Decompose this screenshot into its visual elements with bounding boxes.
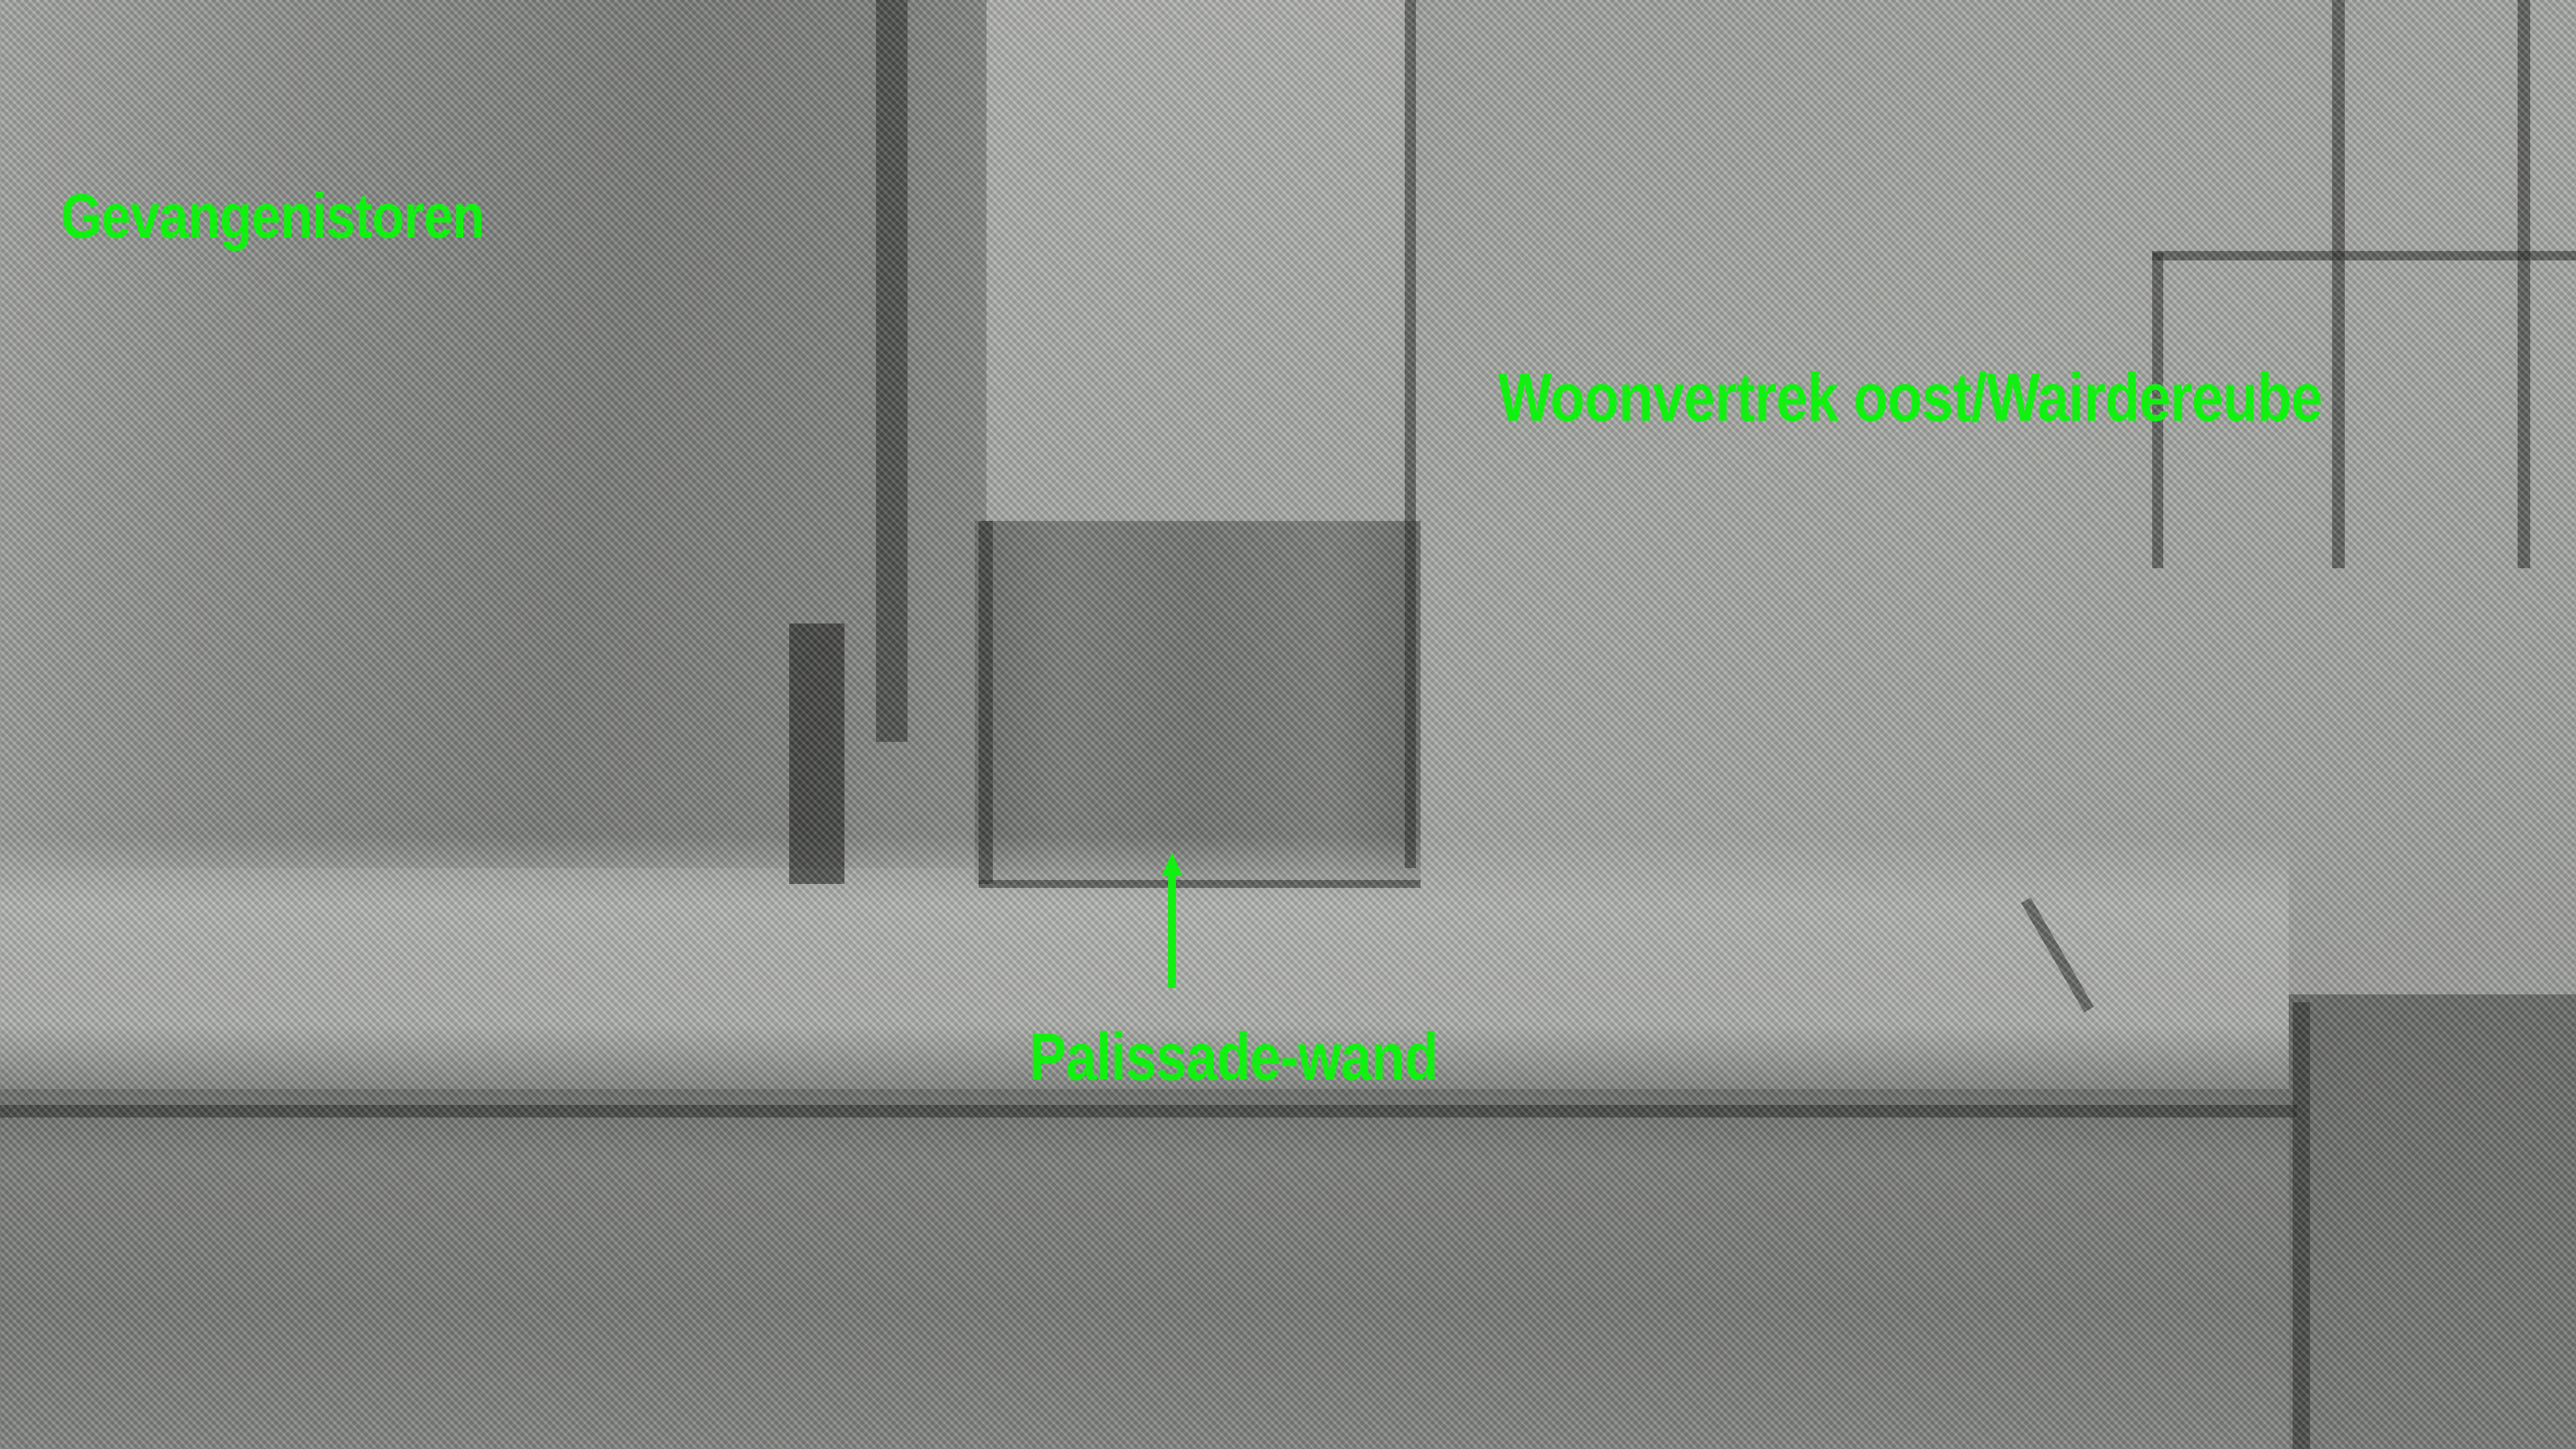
palissade-wall-region — [975, 521, 1421, 884]
sketch-line — [2293, 1002, 2310, 1449]
sketch-line — [1405, 0, 1416, 868]
sketch-line — [0, 1105, 2297, 1118]
sketch-line — [2332, 0, 2345, 568]
sketch-line — [2152, 251, 2576, 260]
light-wall-section — [987, 0, 1413, 529]
annotated-drawing: Gevangenistoren Woonvertrek oost/Wairder… — [0, 0, 2576, 1449]
sketch-line — [2518, 0, 2530, 568]
right-foreground-region — [2289, 994, 2576, 1449]
label-palissade-wand: Palissade-wand — [1029, 1019, 1438, 1095]
sketch-line — [979, 521, 993, 884]
label-gevangenistoren: Gevangenistoren — [61, 180, 484, 253]
foreground-region — [0, 1089, 2576, 1449]
sketch-line — [876, 0, 908, 742]
up-arrow-icon — [1160, 852, 1184, 988]
sketch-line — [789, 623, 844, 884]
label-woonvertrek-oost: Woonvertrek oost/Wairdereube — [1498, 359, 2322, 437]
sketch-line — [979, 880, 1421, 888]
